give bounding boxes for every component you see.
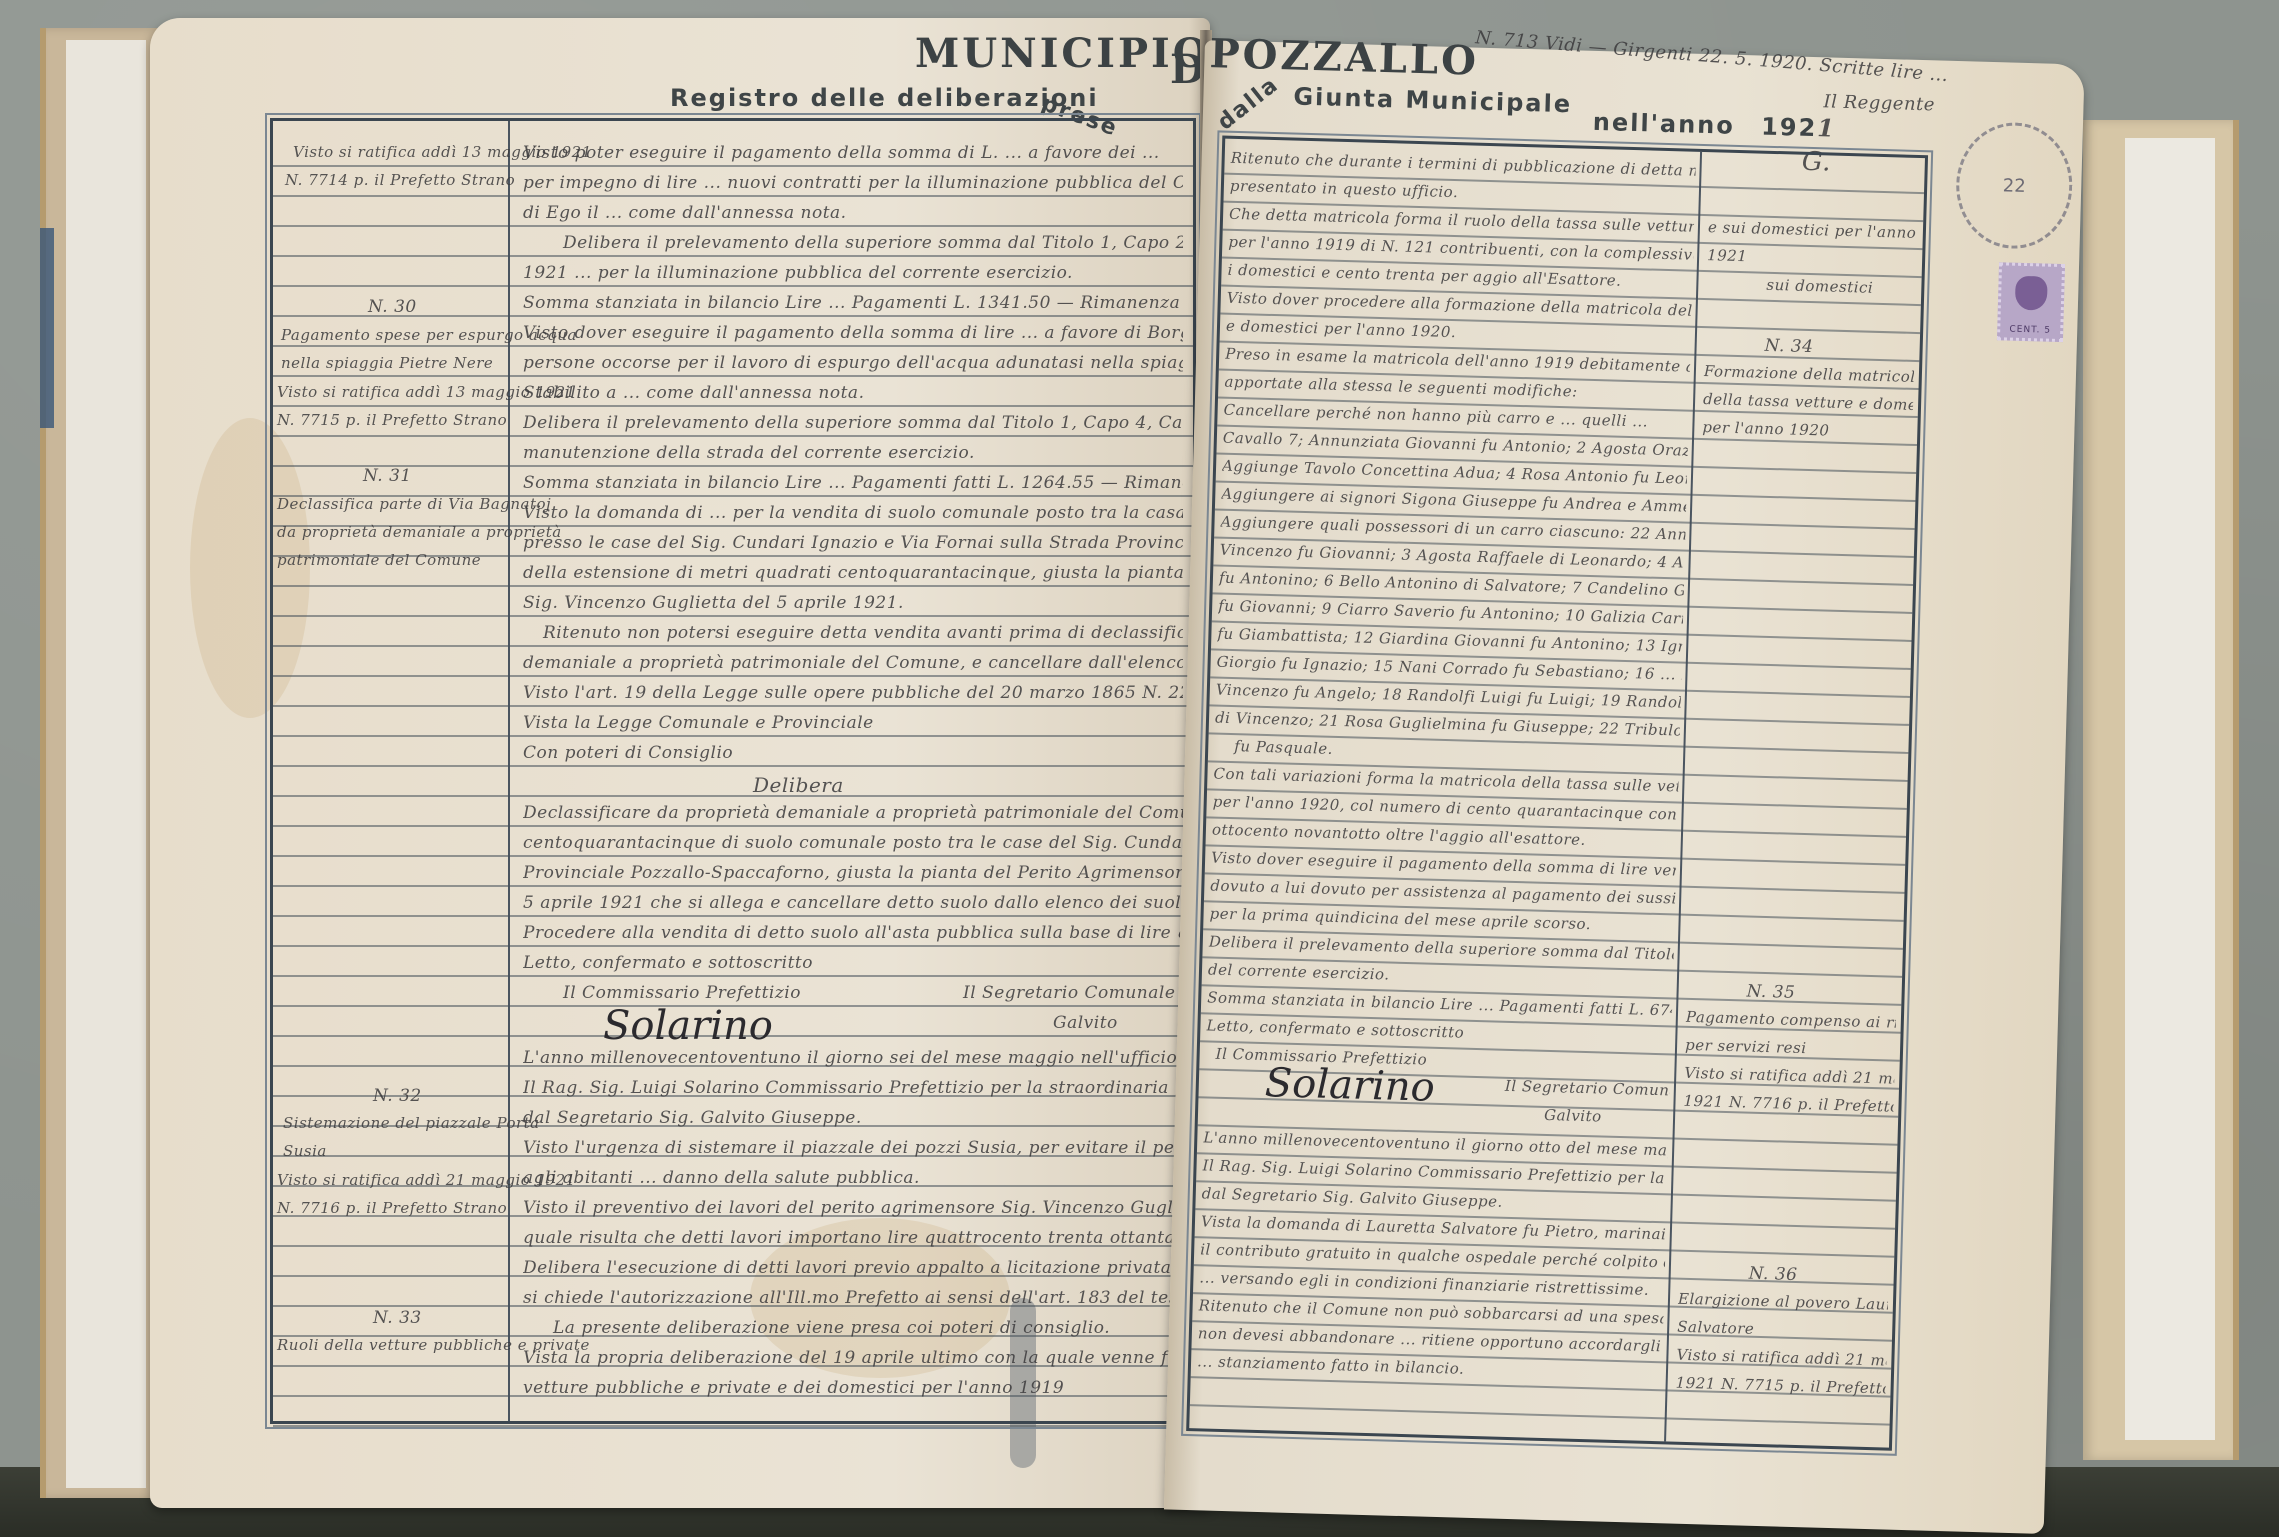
signature-segretario: Galvito: [1053, 1013, 1118, 1033]
body-line: per la prima quindicina del mese aprile …: [1209, 904, 1591, 933]
margin-text: Visto si ratifica addì 21 maggio: [1684, 1064, 1920, 1089]
body-line: dal Segretario Sig. Galvito Giuseppe.: [1202, 1184, 1503, 1210]
body-line: di Ego il ... come dall'annessa nota.: [523, 203, 847, 223]
body-line: La presente deliberazione viene presa co…: [553, 1318, 1110, 1338]
body-line: i domestici e cento trenta per aggio all…: [1227, 261, 1621, 290]
signature-segretario: Galvito: [1544, 1106, 1602, 1126]
body-line: quale risulta che detti lavori importano…: [523, 1228, 1183, 1248]
margin-text: sui domestici: [1766, 276, 1873, 297]
body-line: demaniale a proprietà patrimoniale del C…: [523, 653, 1183, 673]
left-ruled-frame: Visto si ratifica addì 13 maggio 1921 N.…: [270, 118, 1196, 1424]
flyleaf-right: [2125, 138, 2215, 1440]
body-line: presso le case del Sig. Cundari Ignazio …: [523, 533, 1183, 553]
header-subtitle-dalla: dalla: [1213, 72, 1284, 135]
body-line: Delibera l'esecuzione di detti lavori pr…: [523, 1258, 1183, 1278]
body-line: Visto la domanda di ... per la vendita d…: [523, 503, 1183, 523]
flyleaf-left: [66, 40, 146, 1488]
cover-fabric-corner: [40, 228, 54, 428]
body-line: agli abitanti ... danno della salute pub…: [523, 1168, 920, 1188]
margin-text: patrimoniale del Comune: [277, 551, 481, 569]
body-line: della estensione di metri quadrati cento…: [523, 563, 1183, 583]
margin-text: Visto si ratifica addì 21 maggio: [1676, 1346, 1919, 1371]
resolution-line: Declassificare da proprietà demaniale a …: [523, 803, 1183, 823]
body-line: Somma stanziata in bilancio Lire ... Pag…: [523, 293, 1183, 313]
entry-number: N. 32: [373, 1086, 422, 1106]
header-subtitle-giunta: Giunta Municipale: [1293, 82, 1572, 118]
year-printed: 192: [1761, 113, 1818, 143]
signature-solarino: Solarino: [603, 1003, 773, 1049]
margin-text: 1921: [1707, 246, 1748, 265]
top-annotation-reggente: Il Reggente: [1823, 91, 1935, 115]
header-subtitle-anno: nell'anno 1921: [1592, 107, 1834, 143]
revenue-stamp-label: CENT. 5: [2009, 325, 2051, 336]
body-line: 1921 ... per la illuminazione pubblica d…: [523, 263, 1073, 283]
resolution-line: Provinciale Pozzallo-Spaccaforno, giusta…: [523, 863, 1183, 883]
body-line: Stabilito a ... come dall'annessa nota.: [523, 383, 864, 403]
entry-number: N. 33: [373, 1308, 422, 1328]
header-title-pozzallo: POZZALLO: [1209, 30, 1480, 85]
body-line: Ritenuto non potersi eseguire detta vend…: [543, 623, 1183, 643]
right-page: POZZALLO dalla Giunta Municipale nell'an…: [1164, 40, 2085, 1534]
margin-text: Susia: [283, 1142, 327, 1160]
signatory-title: Il Segretario Comunale: [963, 983, 1175, 1003]
body-line: Preso in esame la matricola dell'anno 19…: [1225, 345, 1696, 378]
resolution-line: Procedere alla vendita di detto suolo al…: [523, 923, 1183, 943]
margin-text: Salvatore: [1677, 1318, 1755, 1338]
signatory-title: Il Segretario Comunale: [1505, 1077, 1694, 1100]
body-line: Vista la propria deliberazione del 19 ap…: [523, 1348, 1183, 1368]
body-line: del corrente esercizio.: [1208, 960, 1390, 983]
margin-text: Sistemazione del piazzale Porta: [283, 1114, 540, 1132]
margin-text: Pagamento compenso ai richiamati: [1686, 1008, 1920, 1034]
body-line: ... versando egli in condizioni finanzia…: [1199, 1268, 1649, 1299]
margin-text: Declassifica parte di Via Bagnatoj: [277, 495, 551, 513]
signatory-title: Il Commissario Prefettizio: [563, 983, 801, 1003]
body-line: presentato in questo ufficio.: [1230, 177, 1459, 201]
body-line: Visto dover eseguire il pagamento della …: [523, 323, 1183, 343]
margin-text: 1921 N. 7715 p. il Prefetto Strano: [1675, 1374, 1919, 1400]
body-line: dal Segretario Sig. Galvito Giuseppe.: [523, 1108, 862, 1128]
body-text: Ritenuto che durante i termini di pubbli…: [1196, 149, 1696, 1431]
header-subtitle-registro: Registro delle deliberazioni: [670, 84, 1099, 112]
margin-text: per l'anno 1920: [1702, 418, 1830, 440]
body-line: e domestici per l'anno 1920.: [1226, 317, 1457, 341]
year-handwritten-digit: 1: [1817, 113, 1835, 142]
entry-number: N. 31: [363, 466, 412, 486]
closing-formula: Letto, confermato e sottoscritto: [523, 953, 813, 973]
body-line: Somma stanziata in bilancio Lire ... Pag…: [523, 473, 1183, 493]
body-line: Delibera il prelevamento della superiore…: [563, 233, 1183, 253]
left-page: MUNICIPIO DI Registro delle deliberazion…: [150, 18, 1210, 1508]
stamp-date: 22: [2003, 175, 2026, 197]
ruled-line: [273, 1425, 1193, 1427]
margin-text: e sui domestici per l'anno: [1708, 218, 1917, 242]
margin-text: della tassa vetture e domestici: [1703, 390, 1920, 415]
body-line: per impegno di lire ... nuovi contratti …: [523, 173, 1183, 193]
book-cover-right: [2083, 120, 2239, 1460]
round-postal-stamp: 22: [1955, 121, 2074, 250]
body-line: persone occorse per il lavoro di espurgo…: [523, 353, 1183, 373]
body-line: Delibera il prelevamento della superiore…: [523, 413, 1183, 433]
body-line: Con poteri di Consiglio: [523, 743, 733, 763]
margin-text: per servizi resi: [1685, 1036, 1807, 1057]
header-title-municipio: MUNICIPIO: [915, 30, 1211, 77]
body-line: Letto, confermato e sottoscritto: [1206, 1016, 1464, 1041]
margin-text: da proprietà demaniale a proprietà: [277, 523, 562, 541]
entry-number: N. 30: [368, 297, 417, 317]
body-line: apportate alla stessa le seguenti modifi…: [1224, 373, 1578, 401]
margin-text: 1921 N. 7716 p. il Prefetto Strano: [1683, 1092, 1919, 1118]
margin-text: N. 7715 p. il Prefetto Strano: [277, 411, 507, 429]
body-line: Visto l'urgenza di sistemare il piazzale…: [523, 1138, 1183, 1158]
entry-number: N. 34: [1764, 336, 1813, 357]
body-line: Visto l'art. 19 della Legge sulle opere …: [523, 683, 1183, 703]
right-margin-column: e sui domestici per l'anno 1921 sui dome…: [1674, 162, 1919, 1437]
body-line: ... stanziamento fatto in bilancio.: [1197, 1352, 1465, 1377]
body-line: manutenzione della strada del corrente e…: [523, 443, 975, 463]
body-line: Visto il preventivo dei lavori del perit…: [523, 1198, 1183, 1218]
entry-number: N. 36: [1748, 1264, 1797, 1285]
body-line: fu Pasquale.: [1234, 737, 1333, 758]
eagle-emblem-icon: [2015, 276, 2048, 311]
revenue-stamp: CENT. 5: [1997, 262, 2065, 342]
delibera-heading: Delibera: [753, 773, 844, 797]
body-line: si chiede l'autorizzazione all'Ill.mo Pr…: [523, 1288, 1183, 1308]
body-line: Vista la Legge Comunale e Provinciale: [523, 713, 874, 733]
right-ruled-frame: Ritenuto che durante i termini di pubbli…: [1186, 136, 1928, 1451]
body-line: L'anno millenovecentoventuno il giorno s…: [523, 1048, 1183, 1068]
entry-number: N. 35: [1746, 981, 1795, 1002]
resolution-line: 5 aprile 1921 che si allega e cancellare…: [523, 893, 1183, 913]
margin-text: Formazione della matricola: [1704, 362, 1920, 386]
body-line: Il Rag. Sig. Luigi Solarino Commissario …: [523, 1078, 1183, 1098]
top-annotation: N. 713 Vidi — Girgenti 22. 5. 1920. Scri…: [1475, 27, 1949, 86]
signature-solarino: Solarino: [1264, 1060, 1435, 1111]
body-line: vetture pubbliche e private e dei domest…: [523, 1378, 1064, 1398]
body-line: Sig. Vincenzo Guglietta del 5 aprile 192…: [523, 593, 904, 613]
body-text: Visto poter eseguire il pagamento della …: [523, 143, 1183, 1423]
margin-text: nella spiaggia Pietre Nere: [281, 354, 493, 372]
body-line: Cancellare perché non hanno più carro e …: [1223, 401, 1648, 431]
year-label: nell'anno: [1592, 108, 1735, 140]
body-line: ottocento novantotto oltre l'aggio all'e…: [1212, 821, 1586, 849]
body-line: Visto poter eseguire il pagamento della …: [523, 143, 1160, 163]
margin-text: Elargizione al povero Lauretta: [1678, 1290, 1920, 1315]
margin-text: N. 7716 p. il Prefetto Strano: [277, 1199, 507, 1217]
margin-text: N. 7714 p. il Prefetto Strano: [285, 171, 515, 189]
resolution-line: centoquarantacinque di suolo comunale po…: [523, 833, 1183, 853]
